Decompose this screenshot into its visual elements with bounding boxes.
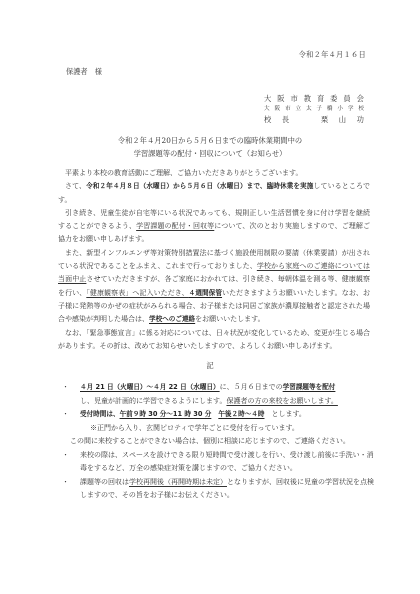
paragraph-emergency: なお、「緊急事態宣言」に係る対応については、日々状況が変化しているため、変更が生… — [58, 327, 370, 354]
document-body: 平素より本校の教育活動にご理解、ご協力いただきありがとうございます。 さて、令和… — [58, 167, 370, 353]
document-title: 令和２年４月20日から５月６日までの臨時休業期間中の 学習課題等の配付・回収につ… — [0, 134, 420, 160]
addressee: 保護者 様 — [66, 67, 102, 77]
ki-heading: 記 — [0, 361, 420, 371]
contact-note: この間に来校することができない場合は、個別に相談に応じますので、ご連絡ください。 — [58, 435, 376, 449]
list-item: ・ 受付時間は、午前９時 30 分～11 時 30 分 午後２時～４時 とします… — [58, 408, 376, 422]
sender-school: 大阪市立太子橋小学校 — [264, 104, 364, 114]
note-text: ※正門から入り、玄関ピロティで学年ごとに受付を行っています。 — [58, 422, 376, 436]
notice-document: 令和２年４月１６日 保護者 様 大阪市教育委員会 大阪市立太子橋小学校 校長栗山… — [0, 0, 420, 594]
sender-principal: 校長栗山功 — [264, 114, 364, 125]
sender-block: 大阪市教育委員会 大阪市立太子橋小学校 校長栗山功 — [264, 93, 364, 125]
paragraph-health: また、新型インフルエンザ等対策特別措置法に基づく施設使用制限の要請（休業要請）が… — [58, 247, 370, 327]
list-item: ・ ４月 21 日（火曜日）～４月 22 日（水曜日）に、５月６日までの学習課題… — [58, 381, 376, 408]
list-item: ・ 来校の際は、スペースを設けできる限り短時間で受け渡しを行い、受け渡し前後に手… — [58, 449, 376, 476]
list-item: ・ 課題等の回収は学校再開後（再開時期は未定）となりますが、回収後に児童の学習状… — [58, 476, 376, 503]
sender-org: 大阪市教育委員会 — [264, 93, 364, 104]
paragraph-greeting: 平素より本校の教育活動にご理解、ご協力いただきありがとうございます。 — [58, 167, 370, 180]
item-list: ・ ４月 21 日（火曜日）～４月 22 日（水曜日）に、５月６日までの学習課題… — [58, 381, 376, 503]
document-date: 令和２年４月１６日 — [299, 50, 366, 60]
paragraph-study: 引き続き、児童生徒が自宅等にいる状況であっても、規則正しい生活習慣を身に付け学習… — [58, 207, 370, 247]
paragraph-closure: さて、令和２年４月８日（水曜日）から５月６日（水曜日）まで、臨時休業を実施してい… — [58, 180, 370, 207]
